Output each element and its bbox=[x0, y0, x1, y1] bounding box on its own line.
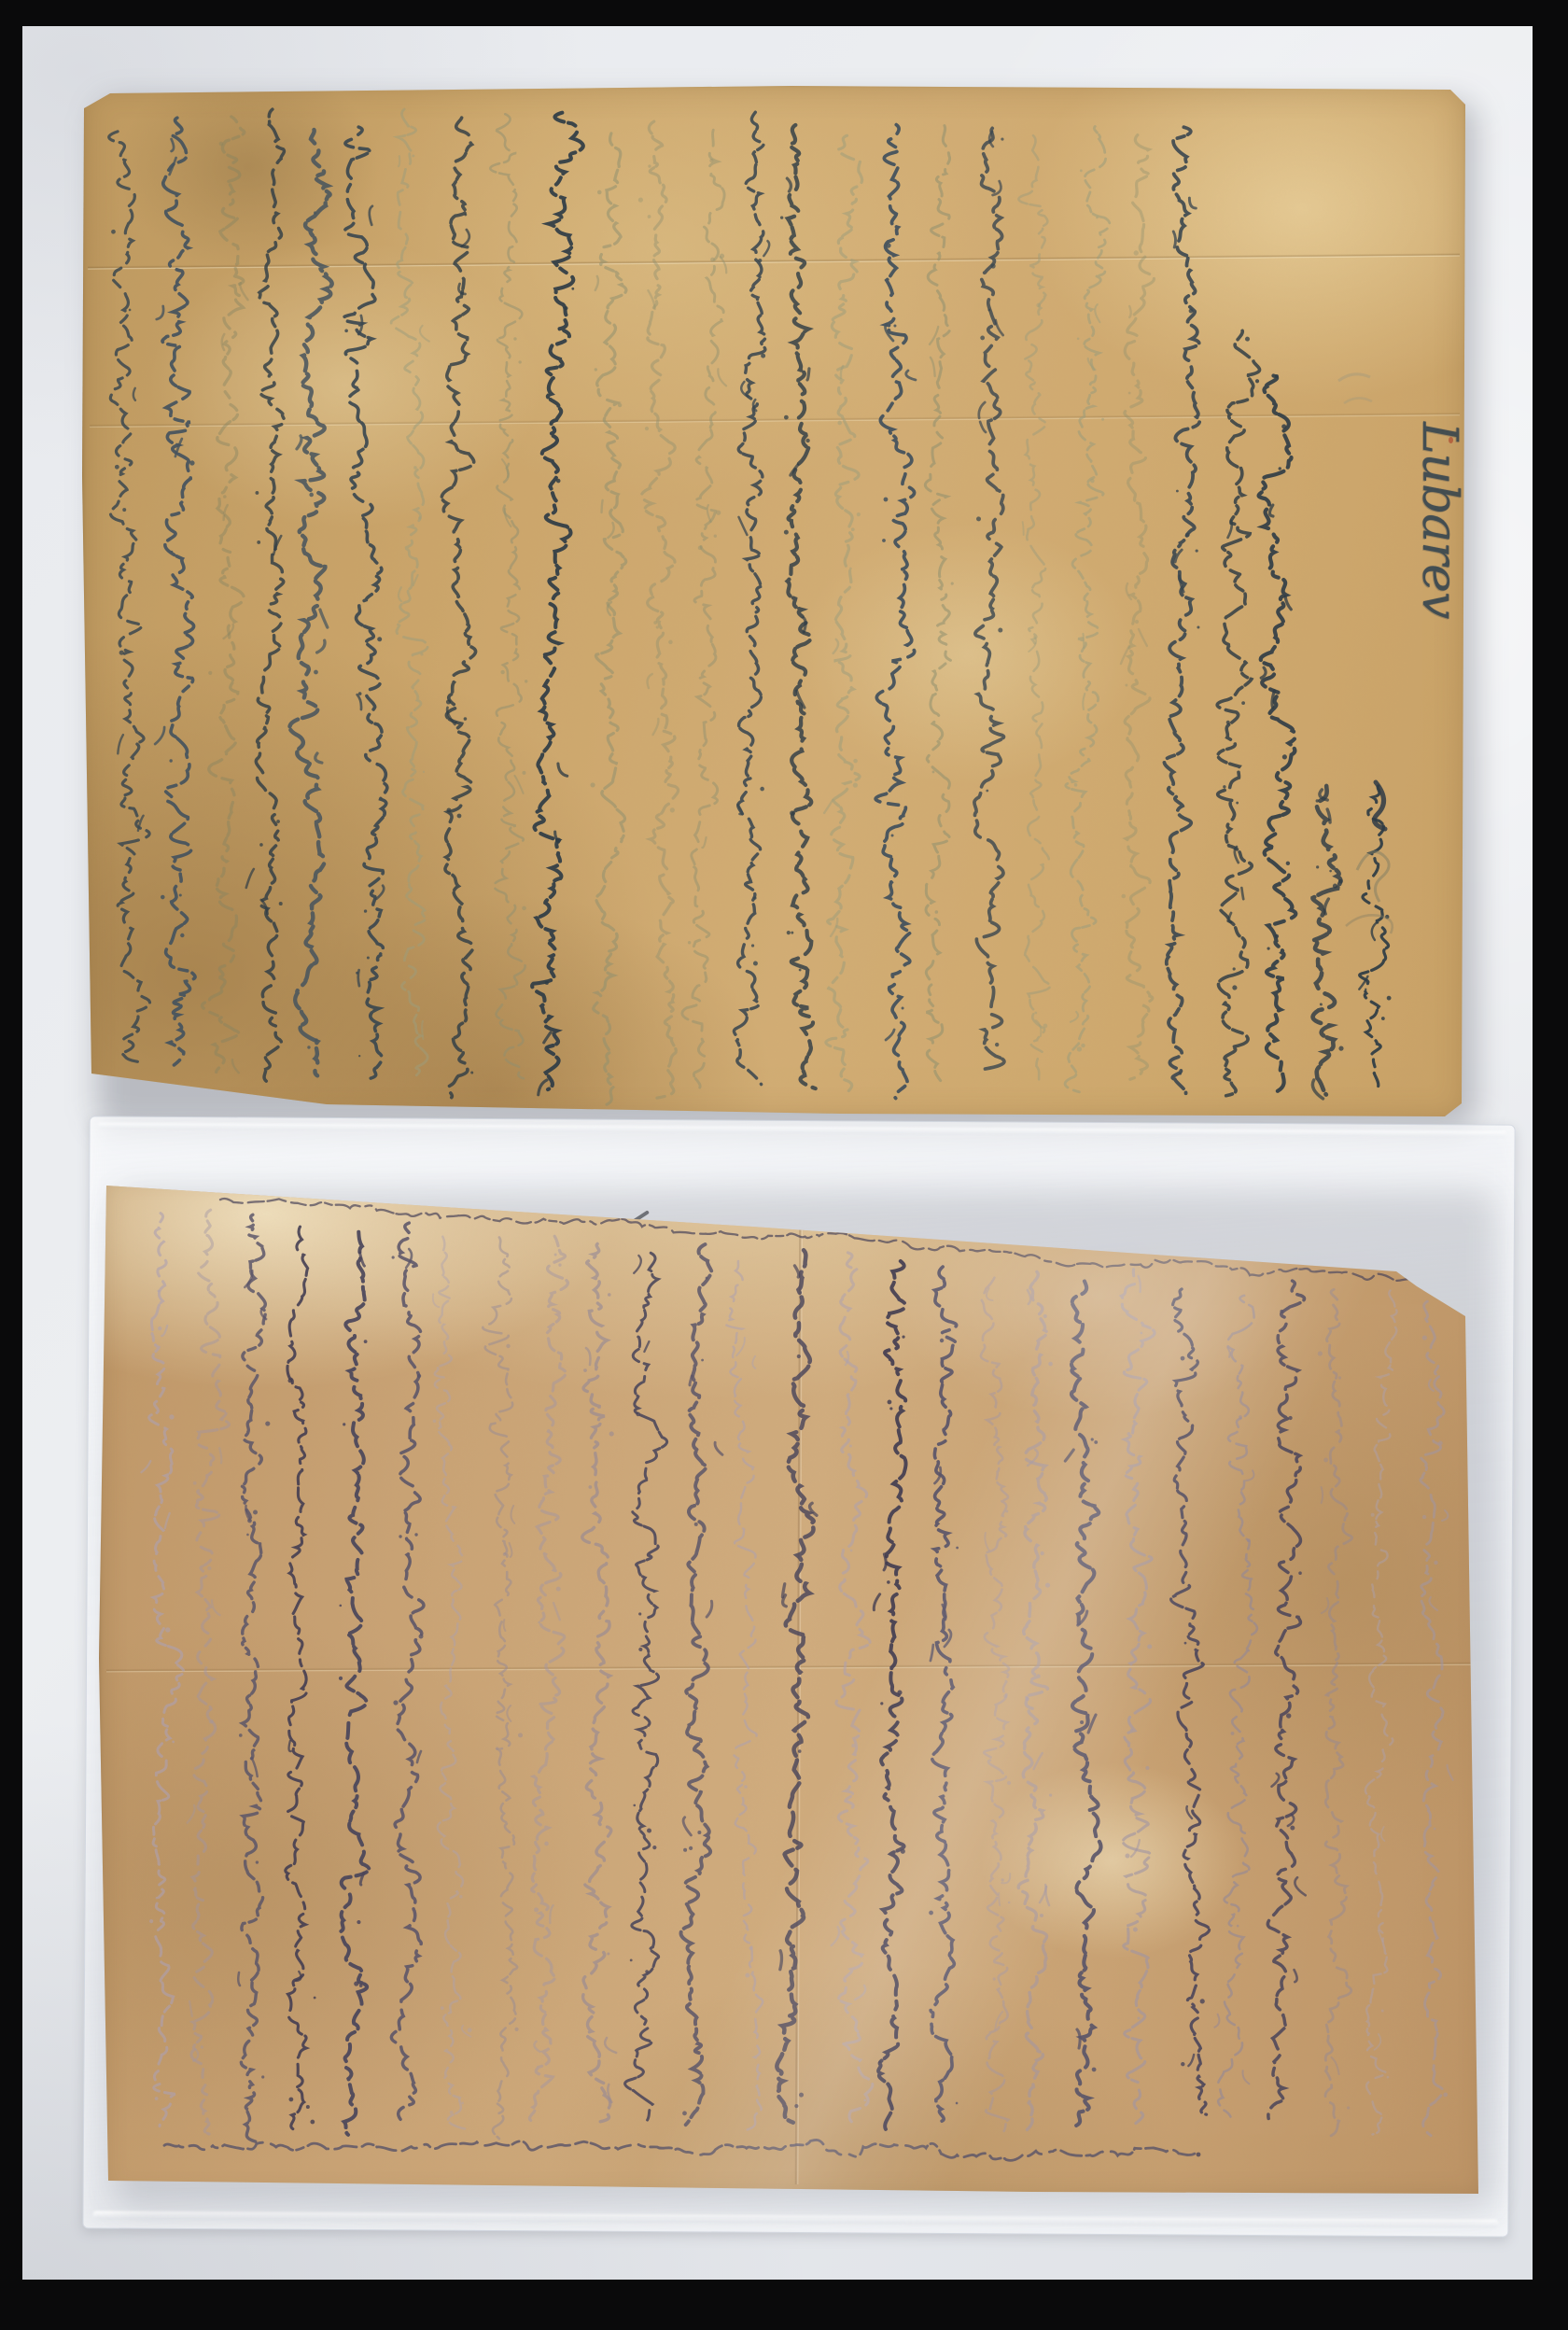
letter-upper: Lubarev bbox=[82, 84, 1467, 1120]
paper-edge-shading bbox=[99, 1172, 1486, 2199]
letter-upper-paper: Lubarev bbox=[82, 84, 1467, 1120]
paper-edge-shading bbox=[82, 84, 1467, 1120]
letter-lower-paper bbox=[99, 1172, 1486, 2199]
photograph: Lubarev bbox=[0, 0, 1568, 2330]
letter-lower bbox=[99, 1172, 1486, 2199]
